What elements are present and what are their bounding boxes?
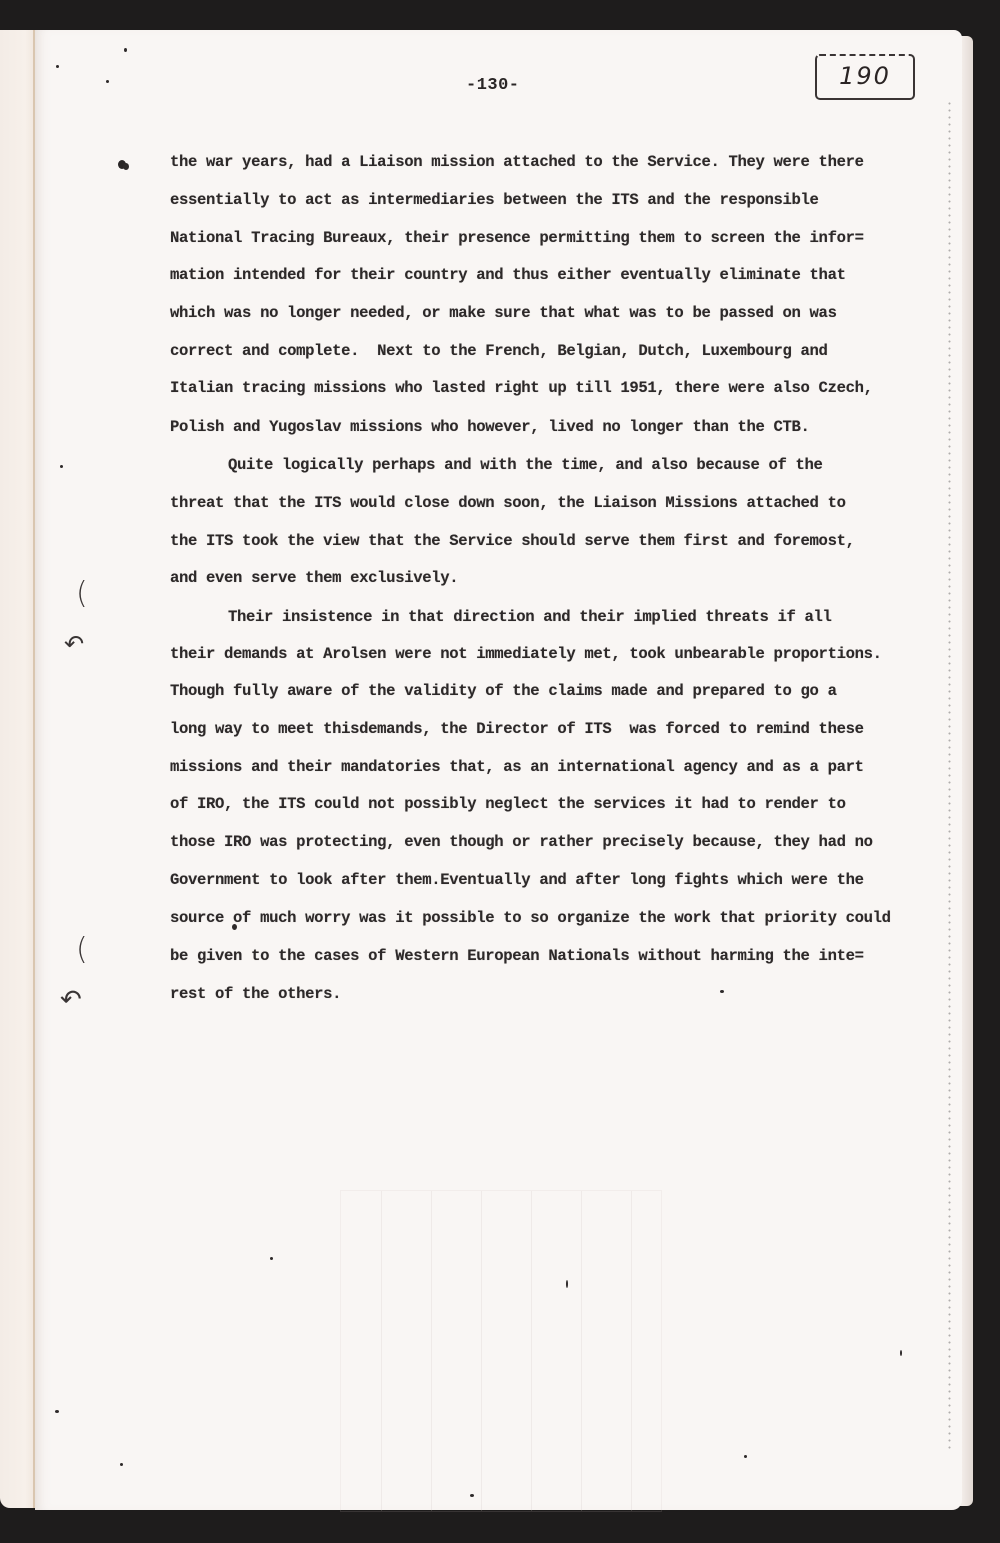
speck <box>470 1494 474 1497</box>
text-line: threat that the ITS would close down soo… <box>170 493 846 513</box>
text-line: National Tracing Bureaux, their presence… <box>170 228 864 248</box>
speck <box>56 65 59 68</box>
text-line: essentially to act as intermediaries bet… <box>170 190 819 210</box>
bleed-through-table <box>340 1190 662 1512</box>
page-number: -130- <box>466 76 520 95</box>
text-line: correct and complete. Next to the French… <box>170 341 828 361</box>
text-line: of IRO, the ITS could not possibly negle… <box>170 794 846 814</box>
text-line: Government to look after them.Eventually… <box>170 870 864 890</box>
speck <box>720 990 724 993</box>
text-line: those IRO was protecting, even though or… <box>170 832 873 852</box>
margin-bracket-mark: ↶ <box>60 985 82 1015</box>
text-line: mation intended for their country and th… <box>170 265 846 285</box>
text-line: missions and their mandatories that, as … <box>170 757 864 777</box>
text-line: Though fully aware of the validity of th… <box>170 681 837 701</box>
text-line: and even serve them exclusively. <box>170 568 458 588</box>
right-margin-noise <box>948 100 951 1450</box>
text-line: rest of the others. <box>170 984 341 1004</box>
speck <box>106 80 109 83</box>
facing-page-edge <box>0 30 36 1508</box>
speck <box>232 924 237 930</box>
archive-stamp-number: 190 <box>817 62 913 90</box>
text-line: long way to meet thisdemands, the Direct… <box>170 719 864 739</box>
text-line: the war years, had a Liaison mission att… <box>170 152 864 172</box>
margin-bracket-mark: ( <box>76 932 88 967</box>
speck <box>566 1280 568 1288</box>
margin-bracket-mark: ↶ <box>64 630 84 658</box>
text-line: be given to the cases of Western Europea… <box>170 946 864 966</box>
text-line: the ITS took the view that the Service s… <box>170 531 855 551</box>
text-line: Italian tracing missions who lasted righ… <box>170 378 873 398</box>
text-line: source of much worry was it possible to … <box>170 908 891 928</box>
text-line: Quite logically perhaps and with the tim… <box>228 455 823 475</box>
margin-bracket-mark: ( <box>76 576 88 611</box>
speck <box>270 1257 273 1260</box>
speck <box>120 1463 123 1466</box>
speck <box>55 1410 59 1413</box>
text-line: Polish and Yugoslav missions who however… <box>170 417 810 437</box>
speck <box>744 1455 747 1458</box>
speck <box>124 48 127 52</box>
text-line: Their insistence in that direction and t… <box>228 607 832 627</box>
text-line: which was no longer needed, or make sure… <box>170 303 837 323</box>
archive-stamp-box: 190 <box>815 54 915 100</box>
speck <box>900 1350 902 1356</box>
speck <box>60 465 63 468</box>
speck <box>123 163 129 170</box>
text-line: their demands at Arolsen were not immedi… <box>170 644 882 664</box>
